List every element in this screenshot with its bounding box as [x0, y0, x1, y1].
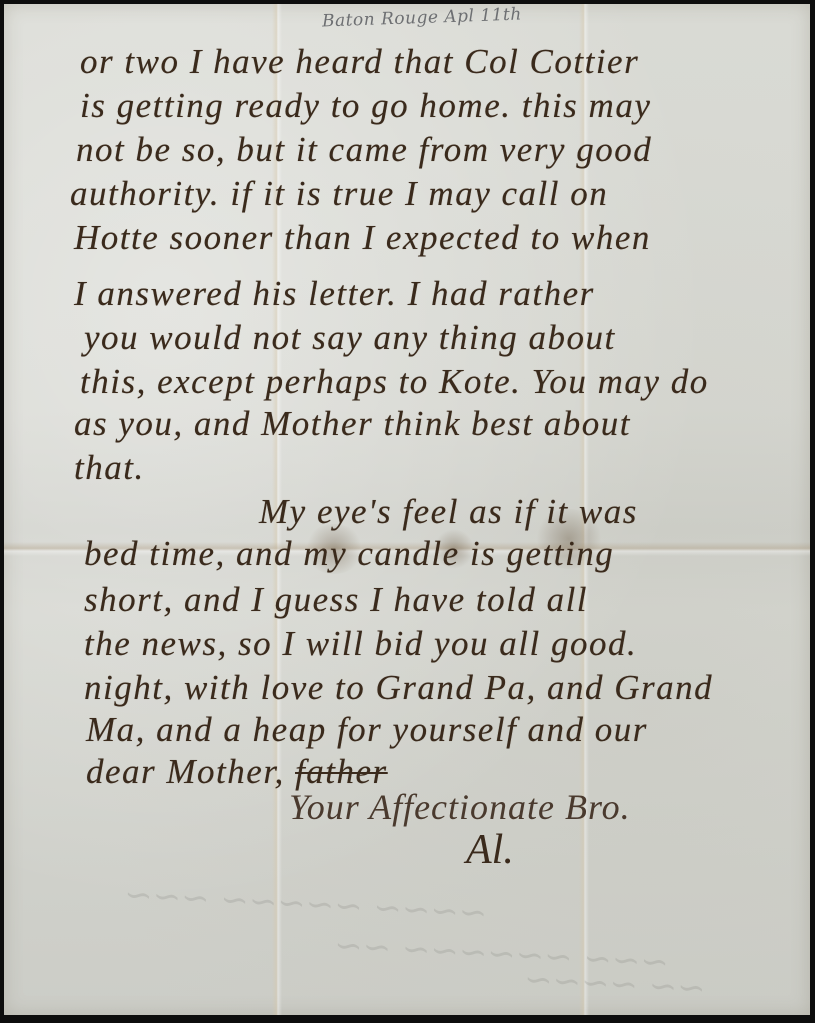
- letter-line: night, with love to Grand Pa, and Grand: [84, 668, 713, 708]
- letter-line: short, and I guess I have told all: [84, 580, 588, 620]
- bleed-through-text: ~~ ~~~~: [523, 959, 707, 1008]
- signature: Al.: [466, 826, 514, 874]
- letter-line: Hotte sooner than I expected to when: [74, 218, 651, 258]
- bleed-through-text: ~~~~ ~~~~~ ~~~: [123, 875, 488, 934]
- letter-line: as you, and Mother think best about: [74, 404, 631, 444]
- letter-line: Ma, and a heap for yourself and our: [86, 710, 648, 750]
- letter-line: My eye's feel as if it was: [259, 492, 638, 532]
- letter-line: not be so, but it came from very good: [76, 130, 652, 170]
- letter-line: is getting ready to go home. this may: [80, 86, 651, 126]
- letter-line: the news, so I will bid you all good.: [84, 624, 637, 664]
- letter-line: you would not say any thing about: [84, 318, 616, 358]
- date-place-annotation: Baton Rouge Apl 11th: [322, 5, 522, 32]
- letter-line-text: dear Mother,: [86, 752, 285, 791]
- letter-line: that.: [74, 448, 145, 488]
- letter-line: or two I have heard that Col Cottier: [80, 42, 639, 82]
- letter-line: this, except perhaps to Kote. You may do: [80, 362, 709, 402]
- letter-line: authority. if it is true I may call on: [70, 174, 608, 214]
- closing-salutation: Your Affectionate Bro.: [289, 786, 631, 828]
- letter-page: ~~~~ ~~~~~ ~~~ ~~~ ~~~~~~ ~~ ~~ ~~~~ Bat…: [4, 4, 810, 1015]
- letter-line: I answered his letter. I had rather: [74, 274, 595, 314]
- letter-line: bed time, and my candle is getting: [84, 534, 614, 574]
